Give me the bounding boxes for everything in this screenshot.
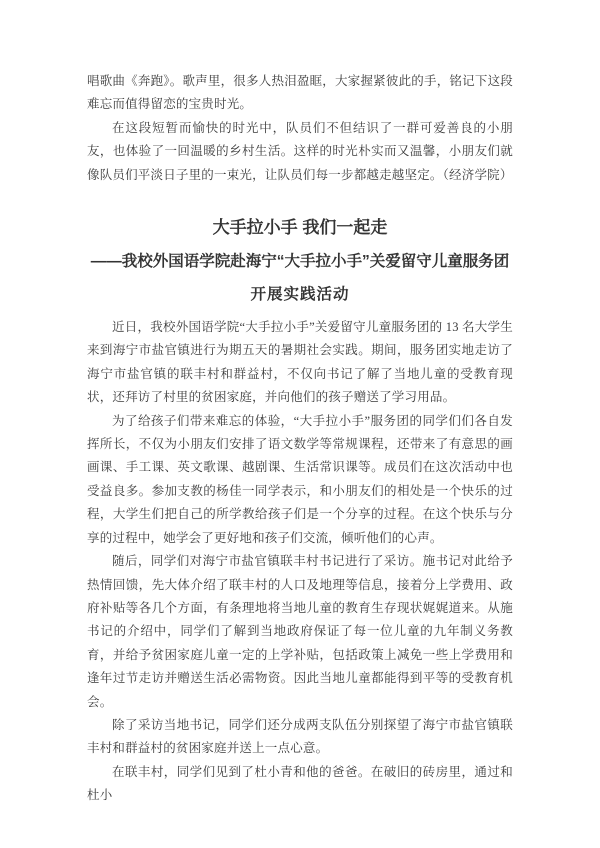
article-subtitle-line2: 开展实践活动: [87, 278, 513, 311]
paragraph-continuation: 唱歌曲《奔跑》。歌声里，很多人热泪盈眶，大家握紧彼此的手，铭记下这段难忘而值得留…: [87, 70, 513, 117]
paragraph-truncated: 在联丰村，同学们见到了杜小青和他的爸爸。在破旧的砖房里，通过和杜小: [87, 761, 513, 808]
document-content: 唱歌曲《奔跑》。歌声里，很多人热泪盈眶，大家握紧彼此的手，铭记下这段难忘而值得留…: [87, 70, 513, 808]
paragraph: 随后，同学们对海宁市盐官镇联丰村书记进行了采访。施书记对此给予热情回馈，先大体介…: [87, 550, 513, 714]
paragraph: 在这段短暂而愉快的时光中，队员们不但结识了一群可爱善良的小朋友，也体验了一回温暖…: [87, 117, 513, 187]
article-heading-block: 大手拉小手 我们一起走 ——我校外国语学院赴海宁“大手拉小手”关爱留守儿童服务团…: [87, 211, 513, 311]
article-title: 大手拉小手 我们一起走: [87, 211, 513, 245]
paragraph: 近日，我校外国语学院“大手拉小手”关爱留守儿童服务团的 13 名大学生来到海宁市…: [87, 316, 513, 410]
paragraph: 除了采访当地书记，同学们还分成两支队伍分别探望了海宁市盐官镇联丰村和群益村的贫困…: [87, 714, 513, 761]
paragraph: 为了给孩子们带来难忘的体验，“大手拉小手”服务团的同学们们各自发挥所长，不仅为小…: [87, 410, 513, 550]
document-page: 唱歌曲《奔跑》。歌声里，很多人热泪盈眶，大家握紧彼此的手，铭记下这段难忘而值得留…: [0, 0, 600, 848]
article-subtitle-line1: ——我校外国语学院赴海宁“大手拉小手”关爱留守儿童服务团: [87, 245, 513, 278]
